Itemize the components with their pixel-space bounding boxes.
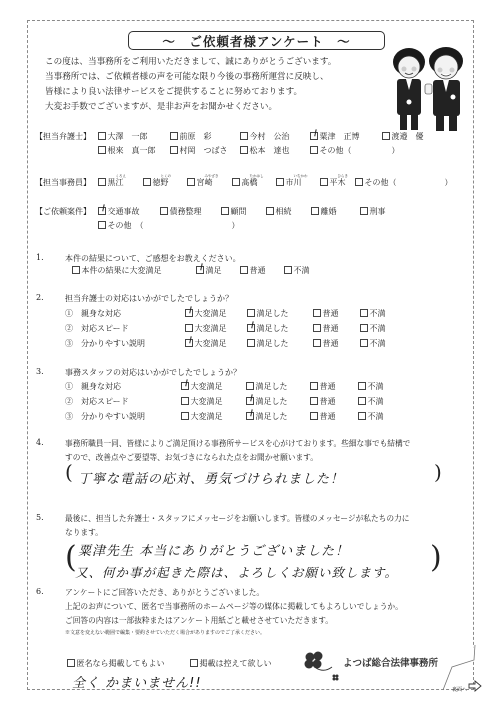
q3-question: 事務スタッフの対応はいかがでしたでしょうか？	[65, 367, 241, 378]
q2-row3-option[interactable]: 大変満足	[185, 338, 227, 349]
lawyers-illustration-icon	[385, 42, 470, 134]
case-type-label: 【ご依頼案件】	[35, 206, 91, 217]
q5-number: 5.	[36, 513, 44, 522]
q3-row1-option[interactable]: 大変満足	[181, 381, 223, 392]
q2-row2-option[interactable]: 大変満足	[185, 323, 227, 334]
checkbox[interactable]	[221, 207, 229, 215]
q2-row1-option[interactable]: 普通	[313, 308, 339, 319]
checkbox[interactable]	[160, 207, 168, 215]
q3-row3-option[interactable]: 普通	[310, 411, 336, 422]
staff-label: 【担当事務員】	[35, 177, 91, 188]
lawyers-label: 【担当弁護士】	[35, 131, 91, 142]
q2-row1-option[interactable]: 大変満足	[185, 308, 227, 319]
checkbox[interactable]	[181, 412, 189, 420]
q2-row1-option[interactable]: 不満	[360, 308, 386, 319]
checkbox[interactable]	[355, 178, 363, 186]
q5-question-line2: なります。	[65, 527, 103, 538]
staff-option[interactable]: みやざき宮崎	[187, 177, 213, 188]
checkbox[interactable]	[185, 324, 193, 332]
checkbox[interactable]	[98, 221, 106, 229]
checkbox[interactable]	[360, 207, 368, 215]
lawyer-option[interactable]: 粟津 正博	[310, 131, 360, 142]
q3-row2-option[interactable]: 不満	[358, 396, 384, 407]
q2-question: 担当弁護士の対応はいかがでしたでしょうか？	[65, 293, 233, 304]
checkbox[interactable]	[98, 178, 106, 186]
firm-name: よつば総合法律事務所	[343, 655, 438, 669]
checkbox[interactable]	[358, 382, 366, 390]
checkbox-checked[interactable]	[246, 412, 254, 420]
checkbox[interactable]	[311, 207, 319, 215]
case-type-option[interactable]: 顧問	[221, 206, 247, 217]
checkbox[interactable]	[360, 324, 368, 332]
next-page-link[interactable]: 裏面へ	[452, 686, 467, 693]
checkbox[interactable]	[310, 397, 318, 405]
case-type-option-other[interactable]: その他 （ ）	[98, 220, 240, 231]
q2-row3-option[interactable]: 満足した	[247, 338, 289, 349]
checkbox-checked[interactable]	[247, 324, 255, 332]
q1-option[interactable]: 不満	[284, 265, 310, 276]
q3-row2-option[interactable]: 満足した	[246, 396, 288, 407]
checkbox[interactable]	[143, 178, 151, 186]
checkbox[interactable]	[310, 412, 318, 420]
q6-number: 6.	[36, 587, 44, 596]
q6-question-line2: ご回答の内容は一部抜粋またはアンケート用紙ごと載せさせていただきます。	[65, 615, 333, 626]
case-type-option[interactable]: 債務整理	[160, 206, 202, 217]
q5-handwritten-answer-line1[interactable]: 粟津先生 本当にありがとうございました！	[78, 540, 349, 559]
q3-row2-option[interactable]: 大変満足	[181, 396, 223, 407]
q6-option-decline[interactable]: 掲載は控えて欲しい	[190, 658, 272, 669]
checkbox[interactable]	[358, 412, 366, 420]
q1-option[interactable]: 普通	[240, 265, 266, 276]
q6-thanks: アンケートにご回答いただき、ありがとうございました。	[65, 587, 264, 598]
q3-row-label: ② 対応スピード	[65, 396, 129, 407]
answer-bracket-open: (	[65, 460, 73, 484]
q4-number: 4.	[36, 438, 44, 447]
checkbox[interactable]	[382, 132, 390, 140]
checkbox[interactable]	[358, 397, 366, 405]
q4-question-line2: すので、改善点やご要望等、お気づきになられた点をお聞かせ願います。	[65, 452, 318, 463]
lawyer-option[interactable]: 松本 達也	[240, 145, 290, 156]
q1-question: 本件の結果について、ご感想をお教えください。	[65, 253, 241, 264]
q5-handwritten-answer-line2[interactable]: 又、何か事が起きた際は、よろしくお願い致します。	[75, 563, 398, 581]
checkbox[interactable]	[360, 309, 368, 317]
q2-row-label: ③ 分かりやすい説明	[65, 338, 145, 349]
q2-row3-option[interactable]: 不満	[360, 338, 386, 349]
lawyer-option[interactable]: 村岡 つばさ	[170, 145, 228, 156]
q1-option[interactable]: 満足	[196, 265, 222, 276]
q3-row2-option[interactable]: 普通	[310, 396, 336, 407]
q6-question-line1: 上記のお声について、匿名で当事務所のホームページ等の媒体に掲載してもよろしいでし…	[65, 601, 403, 612]
checkbox-checked[interactable]	[98, 207, 106, 215]
checkbox[interactable]	[310, 382, 318, 390]
checkbox[interactable]	[98, 132, 106, 140]
staff-option[interactable]: ひらき平木	[320, 177, 346, 188]
answer-bracket-close: )	[430, 540, 442, 575]
case-type-option[interactable]: 相続	[266, 206, 292, 217]
lawyer-option[interactable]: 今村 公治	[240, 131, 290, 142]
q3-row3-option[interactable]: 大変満足	[181, 411, 223, 422]
checkbox[interactable]	[313, 309, 321, 317]
q6-handwritten-answer[interactable]: 全く かまいません!!	[72, 672, 202, 691]
checkbox[interactable]	[320, 178, 328, 186]
checkbox[interactable]	[313, 339, 321, 347]
checkbox[interactable]	[313, 324, 321, 332]
q4-handwritten-answer[interactable]: 丁寧な電話の応対、勇気づけられました！	[78, 468, 344, 487]
q1-option[interactable]: 本件の結果に大変満足	[72, 265, 162, 276]
checkbox[interactable]	[181, 397, 189, 405]
lawyer-option[interactable]: 根來 真一郎	[98, 145, 156, 156]
q6-option-anonymous-ok[interactable]: 匿名なら掲載してもよい	[67, 658, 165, 669]
checkbox[interactable]	[246, 382, 254, 390]
staff-option[interactable]: とくの徳野	[143, 177, 169, 188]
q2-row-label: ① 親身な対応	[65, 308, 121, 319]
lawyer-option[interactable]: 大澤 一郎	[98, 131, 148, 142]
checkbox-checked[interactable]	[246, 397, 254, 405]
checkbox[interactable]	[232, 178, 240, 186]
q3-row3-option[interactable]: 不満	[358, 411, 384, 422]
checkbox[interactable]	[276, 178, 284, 186]
checkbox[interactable]	[310, 146, 318, 154]
q4-question-line1: 事務所職員一同、皆様によりご満足頂ける事務所サービスを心がけております。些細な事…	[65, 438, 410, 449]
staff-option[interactable]: たかはし髙橋	[232, 177, 258, 188]
checkbox[interactable]	[360, 339, 368, 347]
checkbox[interactable]	[190, 659, 198, 667]
lawyer-option[interactable]: 前原 彩	[170, 131, 212, 142]
lawyer-option-other[interactable]: その他（ ）	[310, 145, 400, 156]
checkbox[interactable]	[247, 309, 255, 317]
q2-row2-option[interactable]: 普通	[313, 323, 339, 334]
q3-row3-option[interactable]: 満足した	[246, 411, 288, 422]
intro-text: この度は、当事務所をご利用いただきまして、誠にありがとうございます。 当事務所で…	[45, 55, 336, 115]
answer-bracket-close: )	[434, 460, 442, 484]
staff-option[interactable]: くろえ黒江	[98, 177, 124, 188]
checkbox[interactable]	[284, 266, 292, 274]
checkbox-checked[interactable]	[310, 132, 318, 140]
checkbox[interactable]	[170, 132, 178, 140]
q3-row-label: ③ 分かりやすい説明	[65, 411, 145, 422]
q3-row1-option[interactable]: 満足した	[246, 381, 288, 392]
q2-row2-option[interactable]: 不満	[360, 323, 386, 334]
checkbox-checked[interactable]	[196, 266, 204, 274]
staff-option[interactable]: いちかわ市川	[276, 177, 302, 188]
survey-title: ～ ご依頼者様アンケート ～	[128, 31, 385, 50]
checkbox[interactable]	[170, 146, 178, 154]
checkbox[interactable]	[98, 146, 106, 154]
checkbox[interactable]	[240, 132, 248, 140]
checkbox-checked[interactable]	[181, 382, 189, 390]
q3-number: 3.	[36, 367, 44, 376]
checkbox[interactable]	[67, 659, 75, 667]
checkbox[interactable]	[240, 146, 248, 154]
q2-row2-option[interactable]: 満足した	[247, 323, 289, 334]
q2-number: 2.	[36, 293, 44, 302]
checkbox-checked[interactable]	[185, 309, 193, 317]
q3-row1-option[interactable]: 不満	[358, 381, 384, 392]
q3-row-label: ① 親身な対応	[65, 381, 121, 392]
q2-row3-option[interactable]: 普通	[313, 338, 339, 349]
checkbox-checked[interactable]	[185, 339, 193, 347]
clover-logo-icon	[302, 651, 342, 681]
lawyer-option[interactable]: 渡邉 優	[382, 131, 424, 142]
q6-note: ※文意を変えない範囲で編集・要約させていただく場合がありますのでご了承ください。	[65, 629, 265, 636]
checkbox[interactable]	[72, 266, 80, 274]
q2-row-label: ② 対応スピード	[65, 323, 129, 334]
q2-row1-option[interactable]: 満足した	[247, 308, 289, 319]
case-type-option[interactable]: 交通事故	[98, 206, 140, 217]
staff-option-other[interactable]: その他（ ）	[355, 177, 453, 188]
arrow-right-icon[interactable]	[468, 680, 482, 692]
checkbox[interactable]	[240, 266, 248, 274]
q5-question-line1: 最後に、担当した弁護士・スタッフにメッセージをお願いします。皆様のメッセージが私…	[65, 513, 409, 524]
checkbox[interactable]	[187, 178, 195, 186]
q1-number: 1.	[36, 253, 44, 262]
checkbox[interactable]	[266, 207, 274, 215]
checkbox[interactable]	[247, 339, 255, 347]
q3-row1-option[interactable]: 普通	[310, 381, 336, 392]
case-type-option[interactable]: 離婚	[311, 206, 337, 217]
case-type-option[interactable]: 刑事	[360, 206, 386, 217]
